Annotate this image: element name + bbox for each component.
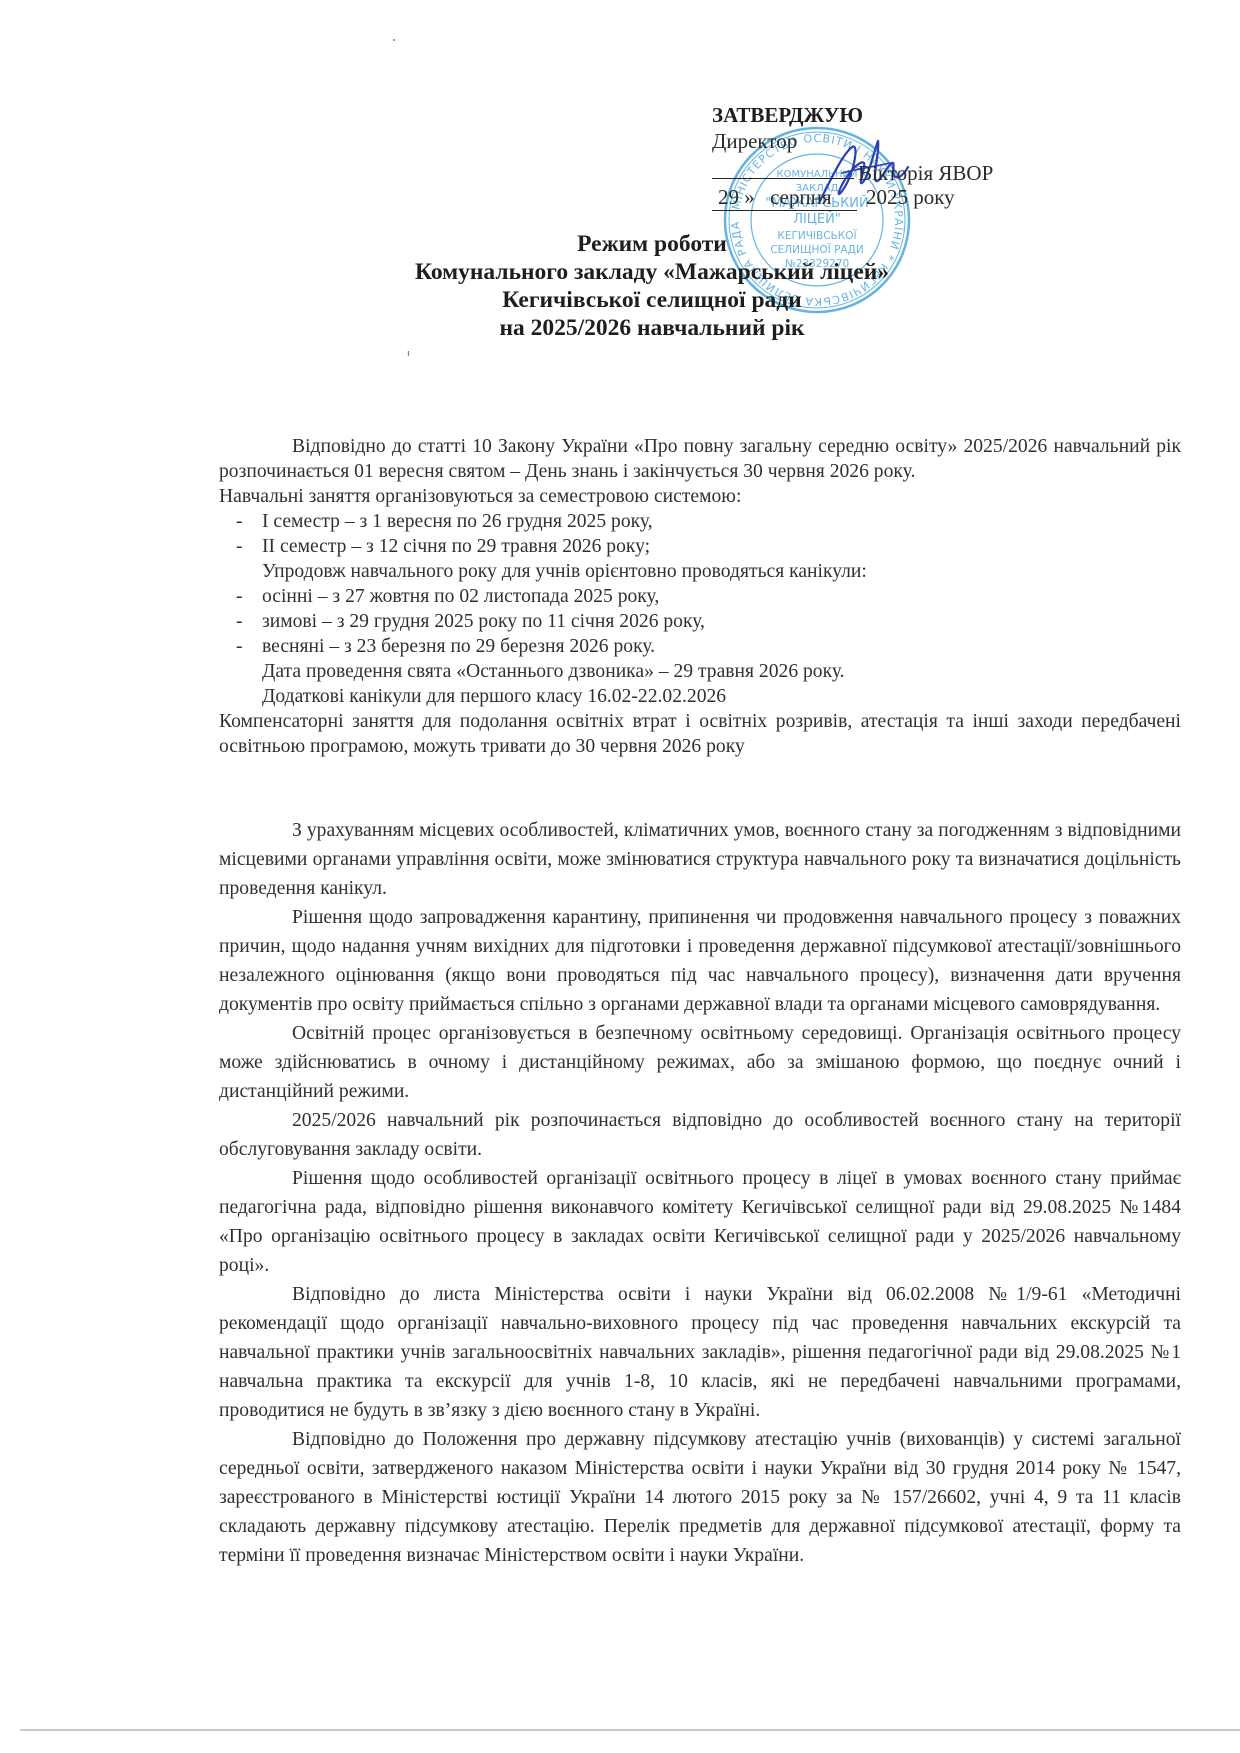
signer-name: Вікторія ЯВОР	[858, 161, 993, 185]
holiday-autumn: осінні – з 27 жовтня по 02 листопада 202…	[262, 586, 659, 607]
list-item: -осінні – з 27 жовтня по 02 листопада 20…	[219, 584, 1181, 609]
body-paragraph: 2025/2026 навчальний рік розпочинається …	[219, 1106, 1181, 1164]
bullet-dash-icon: -	[236, 634, 243, 659]
document-title-line-1: Режим роботи	[0, 230, 1240, 258]
bullet-dash-icon: -	[236, 534, 243, 559]
list-item: -весняні – з 23 березня по 29 березня 20…	[219, 634, 1181, 659]
document-body-top: Відповідно до статті 10 Закону України «…	[219, 434, 1181, 759]
list-item: -зимові – з 29 грудня 2025 року по 11 сі…	[219, 609, 1181, 634]
approval-date-day: 29 »	[718, 185, 755, 209]
body-paragraph: Відповідно до Положення про державну під…	[219, 1425, 1181, 1570]
document-title-line-2: Комунального закладу «Мажарський ліцей»	[0, 258, 1240, 286]
body-paragraph: Освітній процес організовується в безпеч…	[219, 1019, 1181, 1106]
body-paragraph: Рішення щодо особливостей організації ос…	[219, 1164, 1181, 1280]
list-item: -ІІ семестр – з 12 січня по 29 травня 20…	[219, 534, 1181, 559]
holidays-intro: Упродовж навчального року для учнів оріє…	[219, 559, 1181, 584]
document-body-main: З урахуванням місцевих особливостей, клі…	[219, 816, 1181, 1570]
approval-date-year: 2025 року	[866, 185, 955, 209]
signature-line	[712, 178, 854, 179]
scan-mark: ᵻ	[407, 348, 410, 359]
scan-speck	[393, 39, 395, 41]
extra-holidays: Додаткові канікули для першого класу 16.…	[219, 684, 1181, 709]
approval-date-month: серпня	[770, 185, 832, 209]
body-paragraph: Рішення щодо запровадження карантину, пр…	[219, 903, 1181, 1019]
document-title-line-4: на 2025/2026 навчальний рік	[0, 314, 1240, 342]
stamp-line: ЛІЦЕЙ"	[793, 211, 841, 227]
approval-position: Директор	[712, 129, 797, 153]
body-paragraph: З урахуванням місцевих особливостей, клі…	[219, 816, 1181, 903]
date-underline	[712, 210, 857, 211]
semester-2: ІІ семестр – з 12 січня по 29 травня 202…	[262, 536, 650, 557]
intro-paragraph: Відповідно до статті 10 Закону України «…	[219, 434, 1181, 484]
semester-intro: Навчальні заняття організовуються за сем…	[219, 484, 1181, 509]
semester-1: І семестр – з 1 вересня по 26 грудня 202…	[262, 511, 653, 532]
bullet-dash-icon: -	[236, 584, 243, 609]
last-bell-date: Дата проведення свята «Останнього дзвони…	[219, 659, 1181, 684]
body-paragraph: Відповідно до листа Міністерства освіти …	[219, 1280, 1181, 1425]
bullet-dash-icon: -	[236, 509, 243, 534]
approval-heading: ЗАТВЕРДЖУЮ	[712, 103, 863, 127]
bullet-dash-icon: -	[236, 609, 243, 634]
document-title-line-3: Кегичівської селищної ради	[0, 286, 1240, 314]
scan-edge-line	[20, 1729, 1240, 1731]
holiday-winter: зимові – з 29 грудня 2025 року по 11 січ…	[262, 611, 705, 632]
holiday-spring: весняні – з 23 березня по 29 березня 202…	[262, 636, 655, 657]
list-item: -І семестр – з 1 вересня по 26 грудня 20…	[219, 509, 1181, 534]
compensatory-paragraph: Компенсаторні заняття для подолання осві…	[219, 709, 1181, 759]
